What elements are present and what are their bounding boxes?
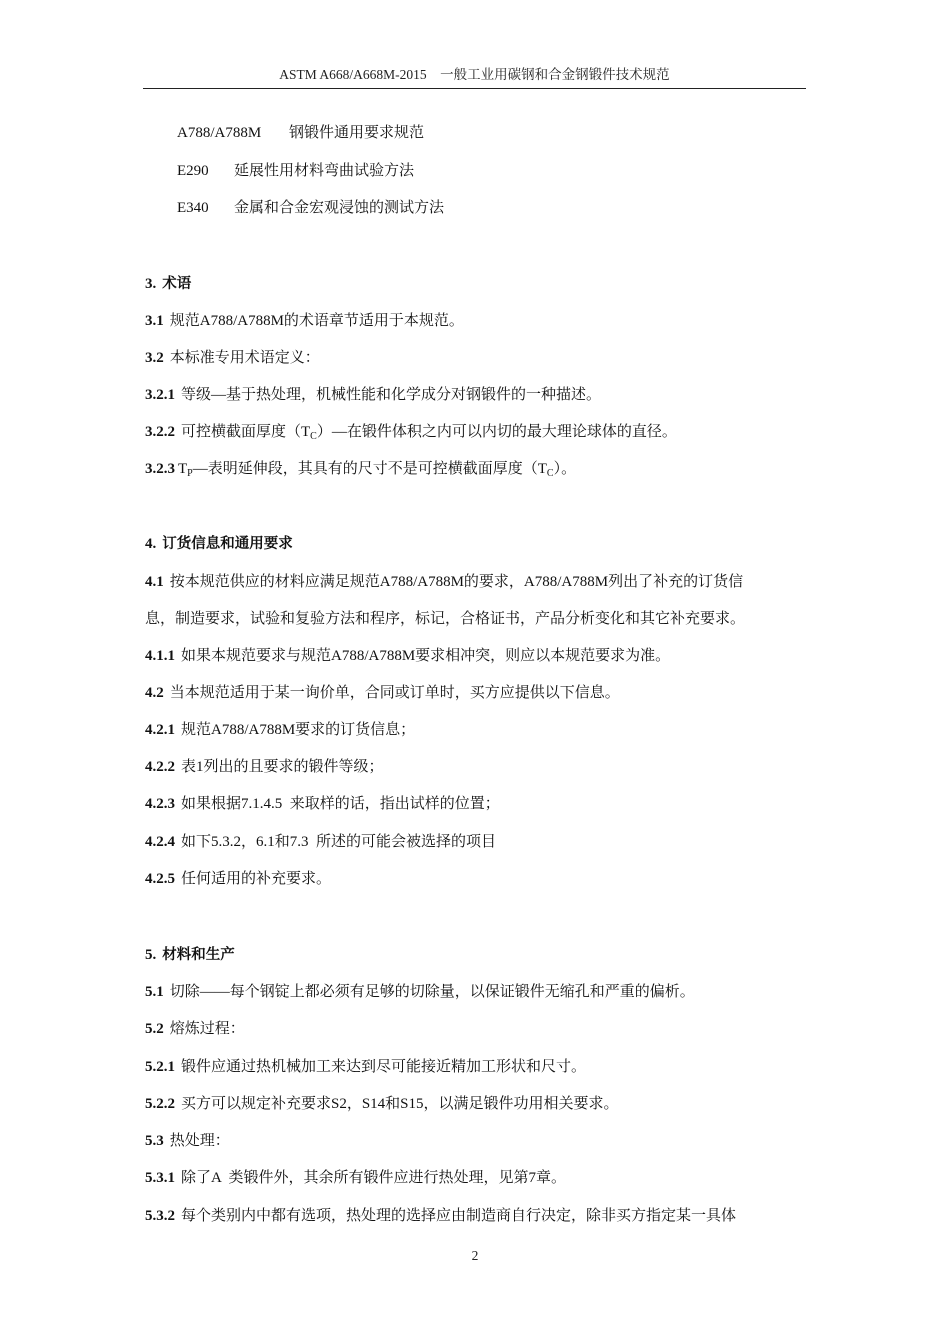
reference-item: E290延展性用材料弯曲试验方法 <box>177 161 414 181</box>
clause-3-2-1: 3.2.1等级—基于热处理，机械性能和化学成分对钢锻件的一种描述。 <box>145 385 601 405</box>
clause-5-2-2: 5.2.2买方可以规定补充要求S2，S14和S15，以满足锻件功用相关要求。 <box>145 1094 619 1114</box>
clause-5-3-2: 5.3.2每个类别内中都有选项，热处理的选择应由制造商自行决定，除非买方指定某一… <box>145 1206 736 1226</box>
page-number: 2 <box>0 1248 950 1264</box>
clause-4-1: 4.1按本规范供应的材料应满足规范A788/A788M的要求，A788/A788… <box>145 572 743 592</box>
reference-item: A788/A788M钢锻件通用要求规范 <box>177 123 424 143</box>
section-heading-4: 4.订货信息和通用要求 <box>145 534 293 554</box>
clause-4-2-2: 4.2.2表1列出的且要求的锻件等级； <box>145 757 384 777</box>
clause-5-3-1: 5.3.1除了A 类锻件外，其余所有锻件应进行热处理，见第7章。 <box>145 1168 566 1188</box>
clause-3-2: 3.2本标准专用术语定义： <box>145 348 320 368</box>
clause-3-2-3: 3.2.3TP—表明延伸段，其具有的尺寸不是可控横截面厚度（TC）。 <box>145 459 576 484</box>
clause-4-2-1: 4.2.1规范A788/A788M要求的订货信息； <box>145 720 415 740</box>
header-divider <box>143 88 806 89</box>
reference-code: E290 <box>177 161 234 181</box>
clause-4-2-5: 4.2.5任何适用的补充要求。 <box>145 869 331 889</box>
reference-title: 钢锻件通用要求规范 <box>289 125 424 141</box>
clause-4-1-1: 4.1.1如果本规范要求与规范A788/A788M要求相冲突，则应以本规范要求为… <box>145 646 670 666</box>
clause-4-1-continued: 息，制造要求，试验和复验方法和程序，标记，合格证书，产品分析变化和其它补充要求。 <box>145 609 745 629</box>
clause-4-2-4: 4.2.4如下5.3.2，6.1和7.3 所述的可能会被选择的项目 <box>145 832 496 852</box>
reference-title: 延展性用材料弯曲试验方法 <box>234 163 414 179</box>
section-heading-3: 3.术语 <box>145 274 191 294</box>
clause-3-1: 3.1规范A788/A788M的术语章节适用于本规范。 <box>145 311 464 331</box>
clause-5-1: 5.1切除——每个钢锭上都必须有足够的切除量，以保证锻件无缩孔和严重的偏析。 <box>145 982 695 1002</box>
reference-code: E340 <box>177 198 234 218</box>
reference-item: E340金属和合金宏观浸蚀的测试方法 <box>177 198 444 218</box>
clause-5-2: 5.2熔炼过程： <box>145 1019 245 1039</box>
clause-5-3: 5.3热处理： <box>145 1131 230 1151</box>
section-heading-5: 5.材料和生产 <box>145 945 235 965</box>
clause-4-2: 4.2当本规范适用于某一询价单，合同或订单时，买方应提供以下信息。 <box>145 683 620 703</box>
reference-code: A788/A788M <box>177 123 289 143</box>
clause-3-2-2: 3.2.2可控横截面厚度（TC）—在锻件体积之内可以内切的最大理论球体的直径。 <box>145 422 677 447</box>
clause-4-2-3: 4.2.3如果根据7.1.4.5 来取样的话，指出试样的位置； <box>145 794 500 814</box>
running-header: ASTM A668/A668M-2015 一般工业用碳钢和合金钢锻件技术规范 <box>143 66 806 84</box>
reference-title: 金属和合金宏观浸蚀的测试方法 <box>234 200 444 216</box>
clause-5-2-1: 5.2.1锻件应通过热机械加工来达到尽可能接近精加工形状和尺寸。 <box>145 1057 586 1077</box>
